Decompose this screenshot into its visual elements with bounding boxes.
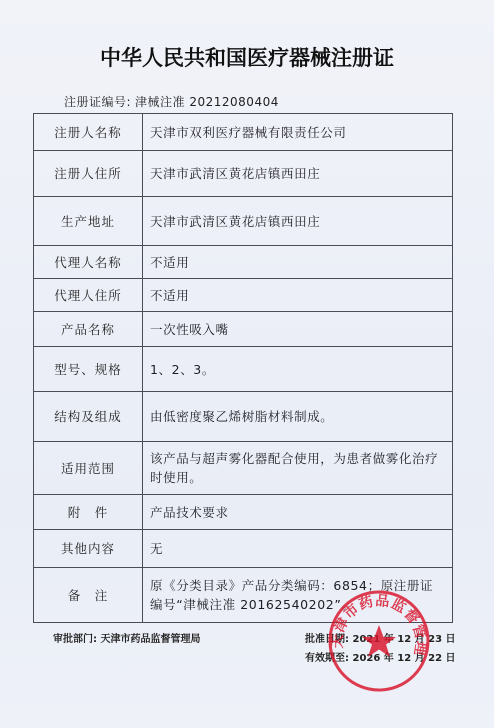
row-label: 型号、规格 [34,347,143,392]
row-value: 天津市武清区黄花店镇西田庄 [143,197,453,246]
row-value: 不适用 [143,246,453,279]
row-label: 适用范围 [34,442,143,495]
row-value: 天津市双利医疗器械有限责任公司 [143,114,453,151]
row-label: 附 件 [34,495,143,530]
row-value: 无 [143,530,453,568]
row-label: 生产地址 [34,197,143,246]
row-label: 注册人住所 [34,151,143,197]
row-value: 一次性吸入嘴 [143,312,453,347]
row-value: 天津市武清区黄花店镇西田庄 [143,151,453,197]
row-value: 由低密度聚乙烯树脂材料制成。 [143,392,453,442]
registration-number: 津械注准 20212080404 [135,95,279,109]
row-label: 代理人住所 [34,279,143,312]
approval-department-value: 天津市药品监督管理局 [100,634,200,645]
row-value: 该产品与超声雾化器配合使用，为患者做雾化治疗时使用。 [143,442,453,495]
table-row: 适用范围 该产品与超声雾化器配合使用，为患者做雾化治疗时使用。 [34,442,453,495]
row-label: 结构及组成 [34,392,143,442]
table-row: 注册人名称 天津市双利医疗器械有限责任公司 [34,114,453,151]
table-row: 结构及组成 由低密度聚乙烯树脂材料制成。 [34,392,453,442]
registration-number-label: 注册证编号: [64,95,131,109]
certificate-table: 注册人名称 天津市双利医疗器械有限责任公司 注册人住所 天津市武清区黄花店镇西田… [33,113,453,623]
table-row: 代理人住所 不适用 [34,279,453,312]
table-row: 型号、规格 1、2、3。 [34,347,453,392]
table-row: 其他内容 无 [34,530,453,568]
table-row: 产品名称 一次性吸入嘴 [34,312,453,347]
row-label: 备 注 [34,568,143,623]
row-value: 不适用 [143,279,453,312]
row-label: 代理人名称 [34,246,143,279]
approval-department-label: 审批部门: [53,634,97,645]
table-row: 附 件 产品技术要求 [34,495,453,530]
official-seal-stamp: 天津市药品监督管理局 [327,589,431,693]
star-icon [362,625,396,657]
row-label: 注册人名称 [34,114,143,151]
table-row: 代理人名称 不适用 [34,246,453,279]
table-row: 生产地址 天津市武清区黄花店镇西田庄 [34,197,453,246]
row-label: 其他内容 [34,530,143,568]
row-value: 1、2、3。 [143,347,453,392]
approval-department: 审批部门: 天津市药品监督管理局 [53,630,200,645]
table-row: 注册人住所 天津市武清区黄花店镇西田庄 [34,151,453,197]
document-title: 中华人民共和国医疗器械注册证 [0,42,494,72]
row-label: 产品名称 [34,312,143,347]
row-value: 产品技术要求 [143,495,453,530]
registration-number-line: 注册证编号:津械注准 20212080404 [64,93,279,110]
